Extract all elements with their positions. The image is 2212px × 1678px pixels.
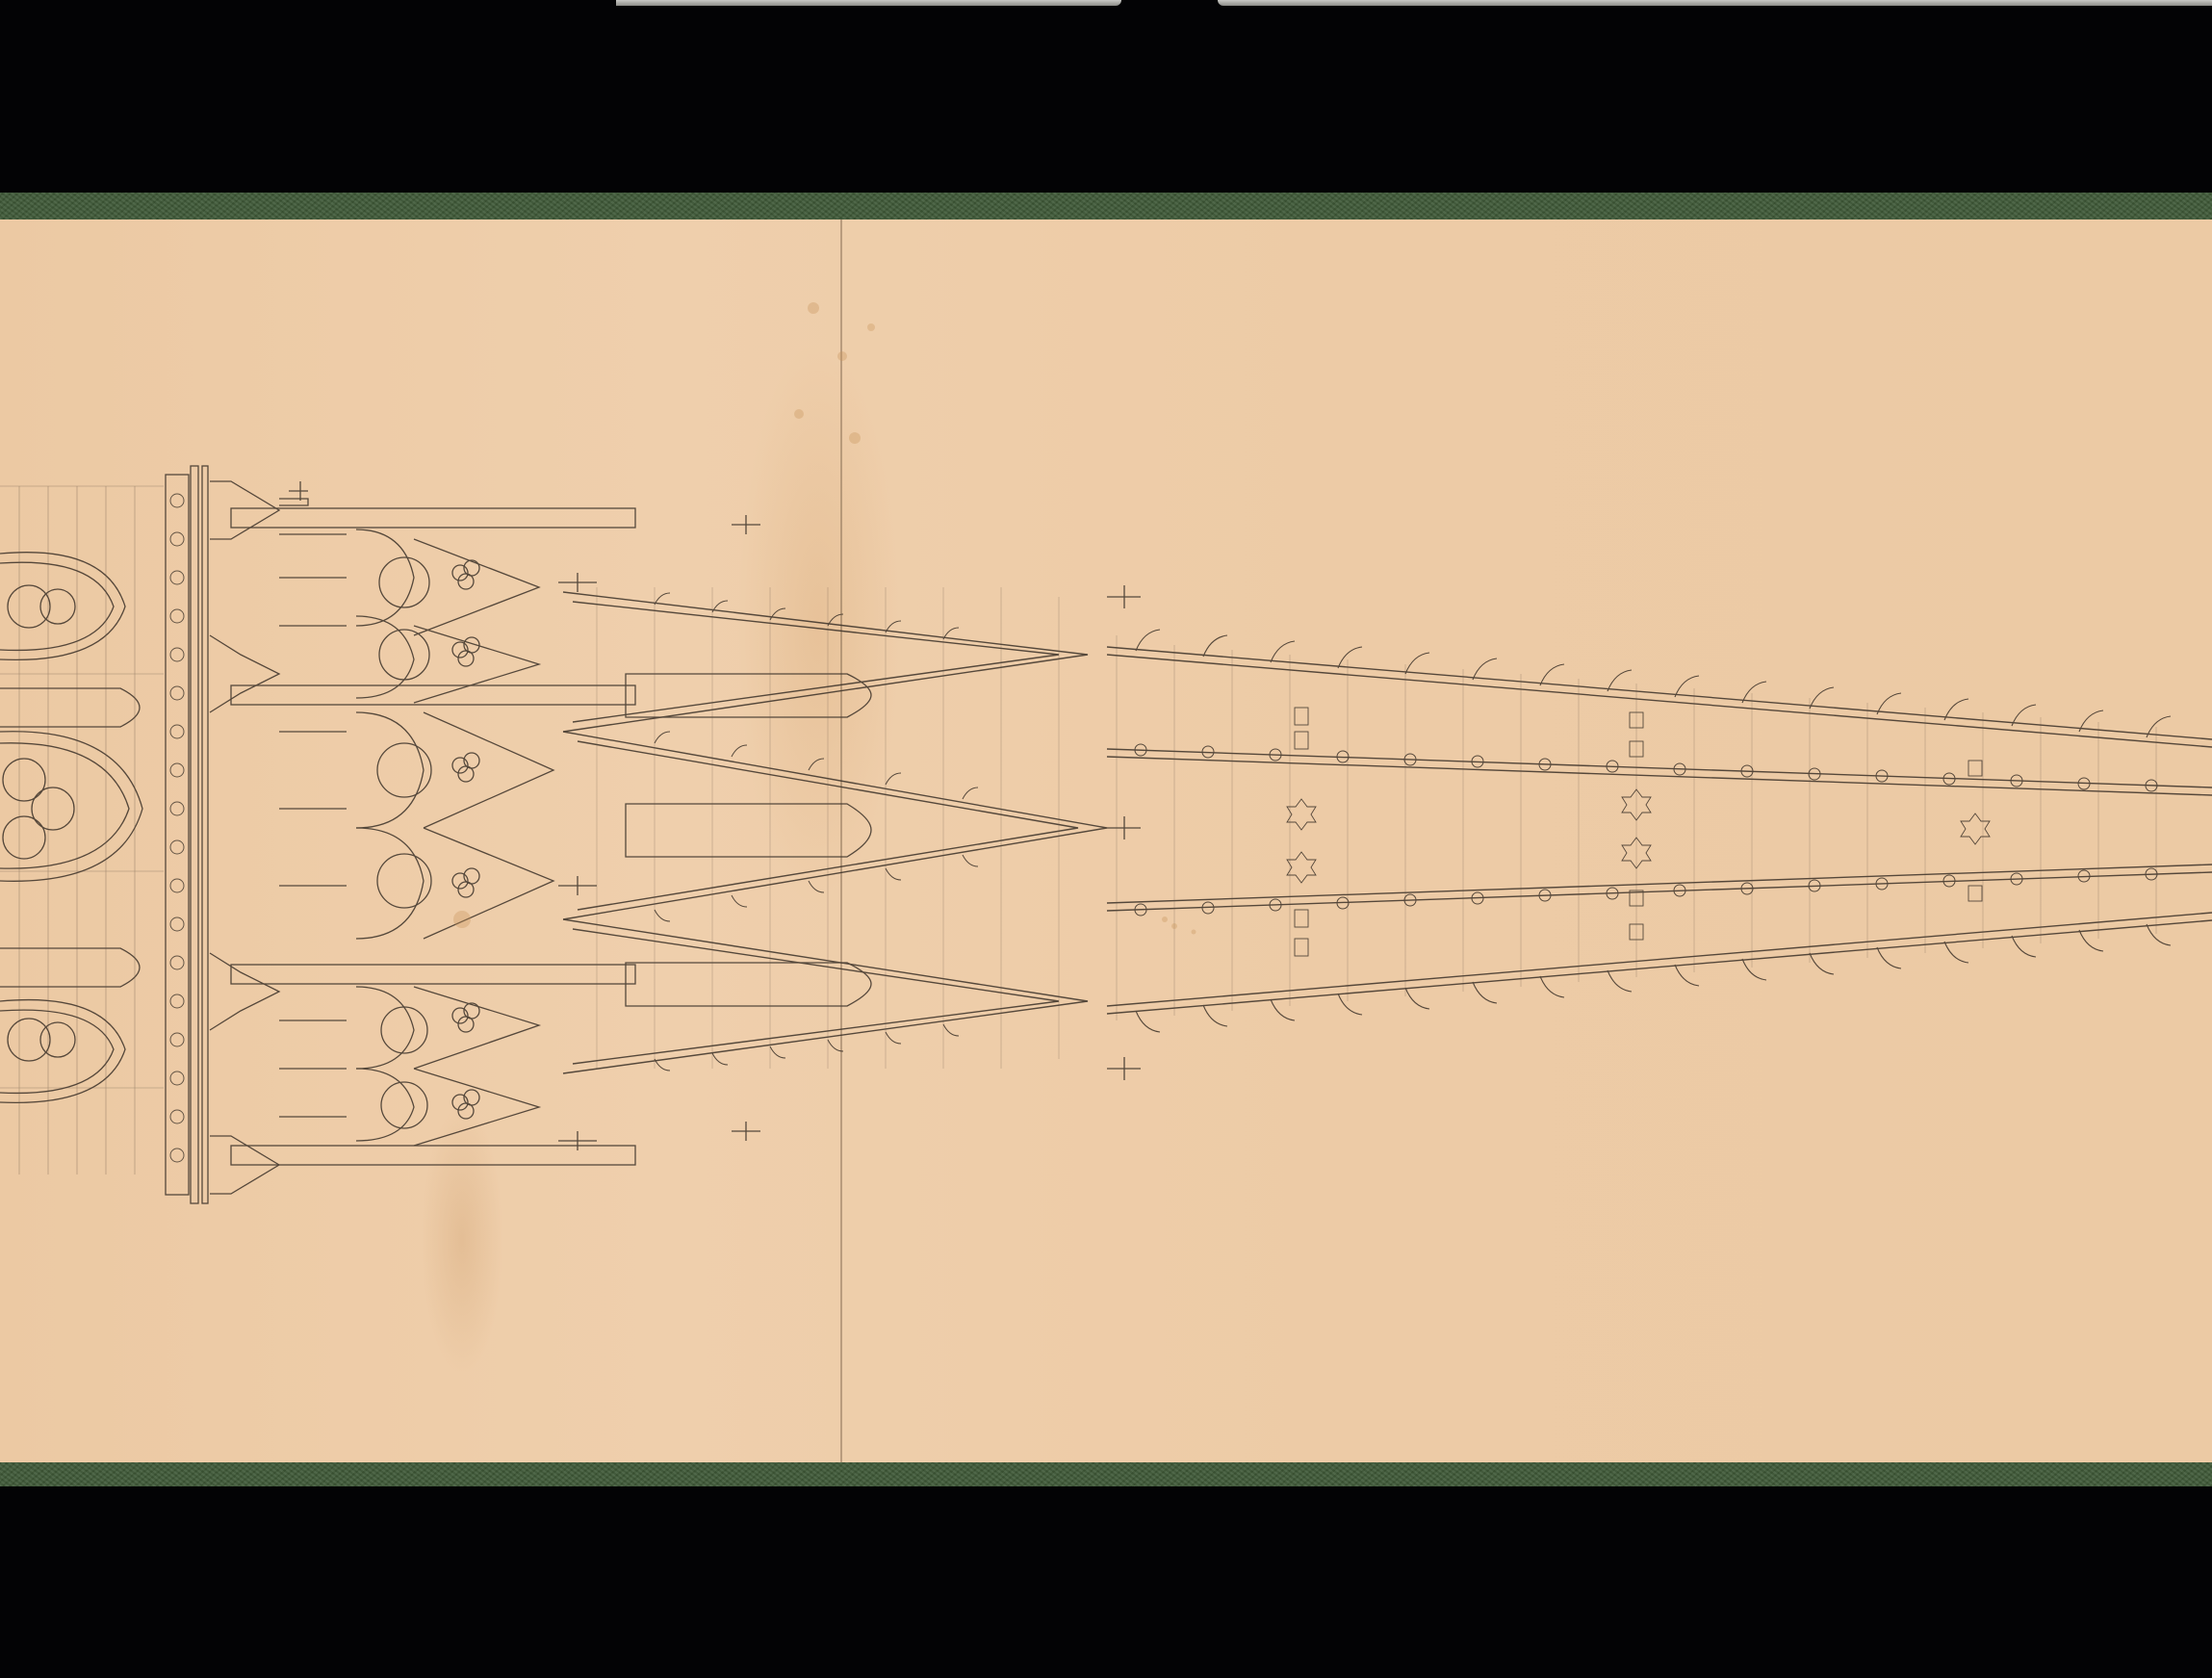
bottom-green-cloth-border	[0, 1462, 2212, 1486]
spire-elevation-drawing	[0, 219, 2212, 1462]
mount-edge-left	[616, 0, 1121, 6]
tracery-window-middle	[0, 732, 142, 882]
mount-edge-right	[1218, 0, 2212, 6]
spire-openings	[1287, 708, 1990, 956]
tracery-window-bottom	[0, 1000, 125, 1103]
construction-grid	[0, 486, 164, 1175]
crockets-row-4	[1136, 924, 2171, 1032]
foliage-column-band	[166, 466, 208, 1203]
main-gables	[563, 592, 1107, 1073]
gable-crockets	[655, 593, 978, 1071]
arched-bays	[279, 529, 553, 1146]
tracery-window-top	[0, 553, 125, 660]
top-green-cloth-border	[0, 193, 2212, 219]
pinnacle-gables	[210, 481, 279, 1194]
lancet-panels	[626, 674, 871, 1006]
crockets-row-1	[1136, 630, 2171, 737]
spire-grid	[597, 587, 2156, 1069]
foxing-stains	[453, 302, 1196, 935]
spire-edges	[1107, 647, 2212, 1014]
